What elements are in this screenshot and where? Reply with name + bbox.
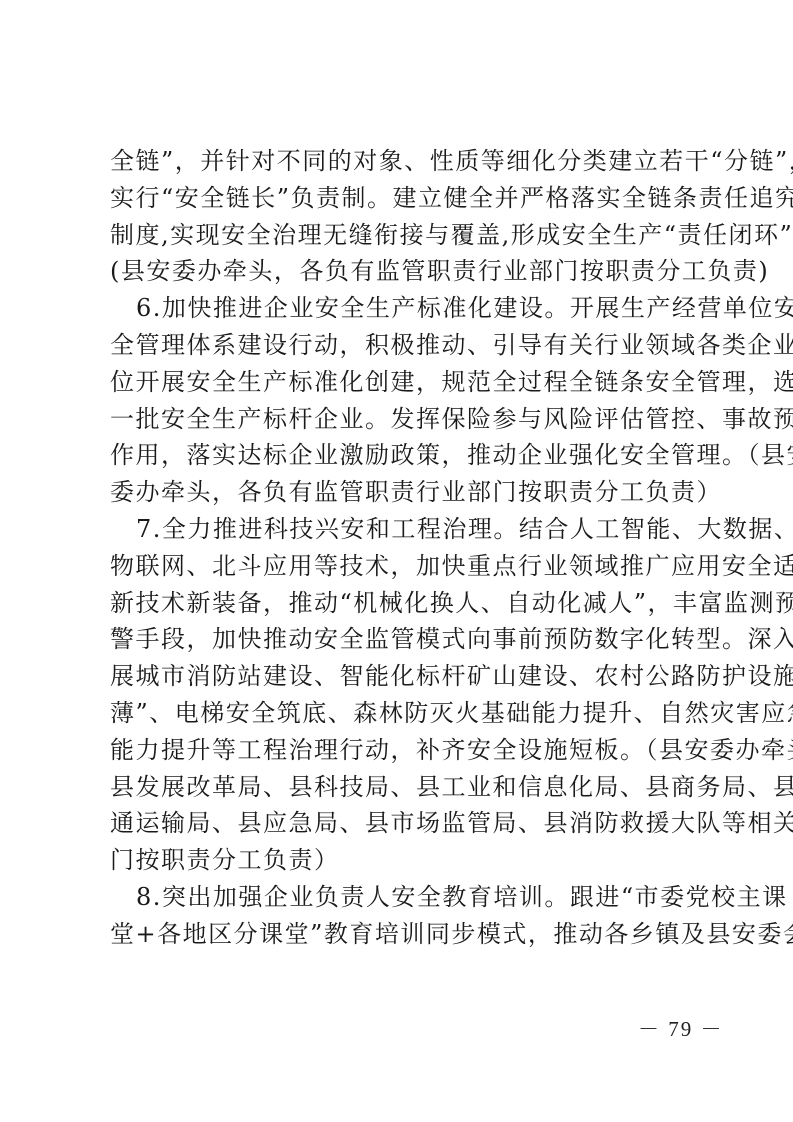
text-line: 通运输局、县应急局、县市场监管局、县消防救援大队等相关部 <box>110 805 692 842</box>
paragraph-continuation: 全链”，并针对不同的对象、性质等细化分类建立若干“分链”， 实行“安全链长”负责… <box>110 143 692 290</box>
text-line: 委办牵头，各负有监管职责行业部门按职责分工负责） <box>110 474 692 511</box>
text-line: 制度,实现安全治理无缝衔接与覆盖,形成安全生产“责任闭环”。 <box>110 217 692 254</box>
text-line: 位开展安全生产标准化创建，规范全过程全链条安全管理，选树 <box>110 364 692 401</box>
text-line: 门按职责分工负责） <box>110 842 692 879</box>
text-line: 6.加快推进企业安全生产标准化建设。开展生产经营单位安 <box>110 290 692 327</box>
text-line: 一批安全生产标杆企业。发挥保险参与风险评估管控、事故预防 <box>110 401 692 438</box>
text-line: 7.全力推进科技兴安和工程治理。结合人工智能、大数据、 <box>110 511 692 548</box>
page-number: － 79 － <box>638 1013 724 1043</box>
document-page: 全链”，并针对不同的对象、性质等细化分类建立若干“分链”， 实行“安全链长”负责… <box>110 143 692 953</box>
text-line: 展城市消防站建设、智能化标杆矿山建设、农村公路防护设施“消 <box>110 658 692 695</box>
text-line: 8.突出加强企业负责人安全教育培训。跟进“市委党校主课 <box>110 879 692 916</box>
text-line: 全链”，并针对不同的对象、性质等细化分类建立若干“分链”， <box>110 143 692 180</box>
text-line: 新技术新装备，推动“机械化换人、自动化减人”，丰富监测预 <box>110 585 692 622</box>
text-line: 作用，落实达标企业激励政策，推动企业强化安全管理。（县安 <box>110 437 692 474</box>
text-line: 全管理体系建设行动，积极推动、引导有关行业领域各类企业单 <box>110 327 692 364</box>
text-line: 警手段，加快推动安全监管模式向事前预防数字化转型。深入开 <box>110 621 692 658</box>
text-line: 薄”、电梯安全筑底、森林防灭火基础能力提升、自然灾害应急 <box>110 695 692 732</box>
text-line: 县发展改革局、县科技局、县工业和信息化局、县商务局、县交 <box>110 769 692 806</box>
paragraph-item-6: 6.加快推进企业安全生产标准化建设。开展生产经营单位安 全管理体系建设行动，积极… <box>110 290 692 511</box>
text-line: (县安委办牵头，各负有监管职责行业部门按职责分工负责) <box>110 253 692 290</box>
text-line: 堂+各地区分课堂”教育培训同步模式，推动各乡镇及县安委会 <box>110 916 692 953</box>
paragraph-item-8: 8.突出加强企业负责人安全教育培训。跟进“市委党校主课 堂+各地区分课堂”教育培… <box>110 879 692 953</box>
text-line: 物联网、北斗应用等技术，加快重点行业领域推广应用安全适用 <box>110 548 692 585</box>
paragraph-item-7: 7.全力推进科技兴安和工程治理。结合人工智能、大数据、 物联网、北斗应用等技术，… <box>110 511 692 879</box>
text-line: 能力提升等工程治理行动，补齐安全设施短板。（县安委办牵头， <box>110 732 692 769</box>
text-line: 实行“安全链长”负责制。建立健全并严格落实全链条责任追究 <box>110 180 692 217</box>
